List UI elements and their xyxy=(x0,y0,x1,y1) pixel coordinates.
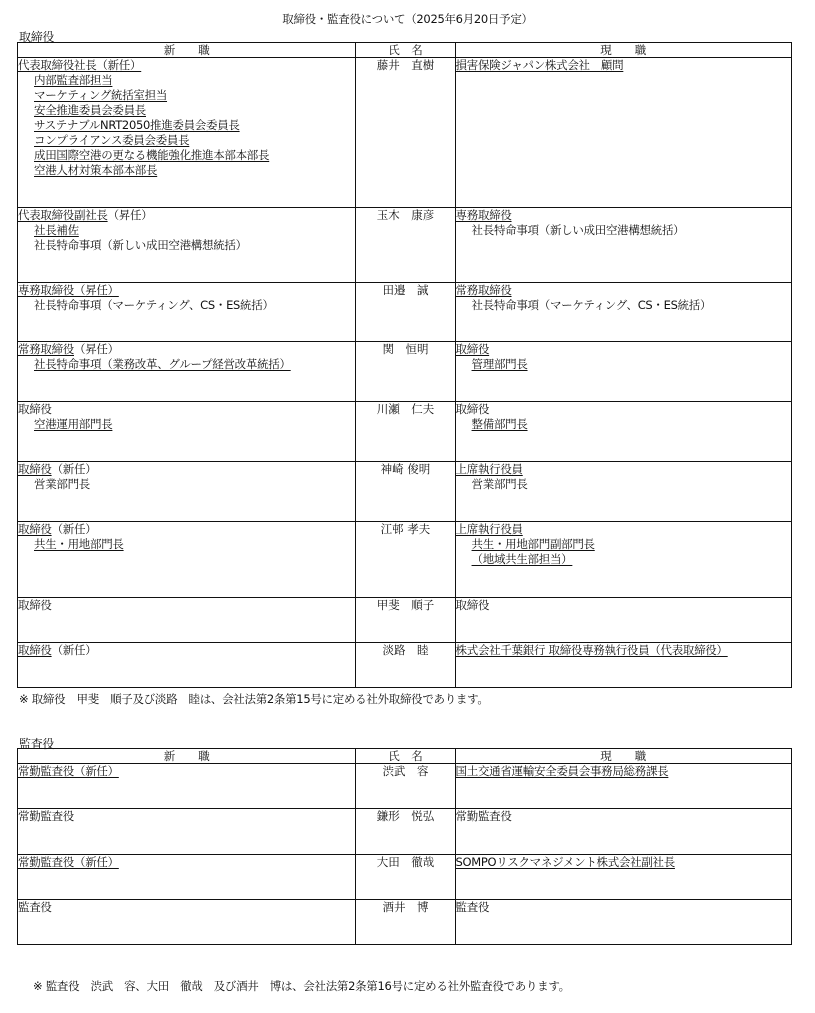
duty-text: 営業部門長 xyxy=(472,477,528,491)
duty-text: 整備部門長 xyxy=(472,417,528,431)
position-duty: 社長特命事項（マーケティング、CS・ES統括） xyxy=(456,298,791,313)
table-row: 常勤監査役（新任）大田 徹哉SOMPOリスクマネジメント株式会社副社長 xyxy=(18,855,792,900)
position-status: （昇任） xyxy=(74,283,119,297)
duty-text: 空港運用部門長 xyxy=(34,417,112,431)
position-status: （新任） xyxy=(96,58,141,72)
person-name: 淡路 睦 xyxy=(356,643,455,688)
position-title: 国土交通省運輸安全委員会事務局総務課長 xyxy=(456,764,791,779)
table-row: 取締役空港運用部門長川瀬 仁夫取締役整備部門長 xyxy=(18,402,792,462)
directors-header-row: 新 職 氏 名 現 職 xyxy=(18,43,792,58)
position-main: 上席執行役員 xyxy=(456,462,523,476)
position-duty: 社長特命事項（マーケティング、CS・ES統括） xyxy=(18,298,355,313)
position-duty: サステナブルNRT2050推進委員会委員長 xyxy=(18,118,355,133)
document-title: 取締役・監査役について（2025年6月20日予定） xyxy=(0,11,815,27)
position-duty: 社長特命事項（新しい成田空港構想統括） xyxy=(456,223,791,238)
table-row: 監査役酒井 博監査役 xyxy=(18,900,792,945)
duty-text: 安全推進委員会委員長 xyxy=(34,103,146,117)
current-cell: 常務取締役社長特命事項（マーケティング、CS・ES統括） xyxy=(455,283,791,342)
table-row: 取締役（新任）共生・用地部門長江邨 孝夫上席執行役員共生・用地部門副部門長（地域… xyxy=(18,522,792,598)
position-duty: 空港運用部門長 xyxy=(18,417,355,432)
duty-text: 共生・用地部門副部門長 xyxy=(472,537,595,551)
new-cell: 専務取締役（昇任）社長特命事項（マーケティング、CS・ES統括） xyxy=(18,283,356,342)
position-duty: 管理部門長 xyxy=(456,357,791,372)
position-status: （新任） xyxy=(74,855,119,869)
new-cell: 常勤監査役 xyxy=(18,809,356,855)
position-duty: 空港人材対策本部本部長 xyxy=(18,163,355,178)
header-new-position: 新 職 xyxy=(18,43,356,58)
header-new-position: 新 職 xyxy=(18,749,356,764)
duty-text: マーケティング統括室担当 xyxy=(34,88,167,102)
new-cell: 監査役 xyxy=(18,900,356,945)
duty-text: 社長特命事項（新しい成田空港構想統括） xyxy=(472,223,685,237)
position-main: 取締役 xyxy=(456,598,490,612)
position-main: 損害保険ジャパン株式会社 顧問 xyxy=(456,58,624,72)
current-cell: 損害保険ジャパン株式会社 顧問 xyxy=(455,58,791,208)
current-cell: 取締役管理部門長 xyxy=(455,342,791,402)
position-title: 監査役 xyxy=(456,900,791,915)
new-cell: 常務取締役（昇任）社長特命事項（業務改革、グループ経営改革統括） xyxy=(18,342,356,402)
position-title: 常勤監査役 xyxy=(18,809,355,824)
duty-text: コンプライアンス委員会委員長 xyxy=(34,133,189,147)
position-duty: 営業部門長 xyxy=(456,477,791,492)
position-duty: 共生・用地部門副部門長 xyxy=(456,537,791,552)
header-current-position: 現 職 xyxy=(455,749,791,764)
new-cell: 取締役 xyxy=(18,598,356,643)
position-title: 専務取締役（昇任） xyxy=(18,283,355,298)
position-main: 取締役 xyxy=(18,522,52,536)
position-duty: 内部監査部担当 xyxy=(18,73,355,88)
auditors-note: ※ 監査役 渋武 容、大田 徹哉 及び酒井 博は、会社法第2条第16号に定める社… xyxy=(33,978,570,994)
person-name: 大田 徹哉 xyxy=(356,855,455,900)
position-main: 代表取締役社長 xyxy=(18,58,96,72)
position-title: 上席執行役員 xyxy=(456,522,791,537)
position-title: 常勤監査役 xyxy=(456,809,791,824)
position-status: （新任） xyxy=(74,764,119,778)
position-duty: 営業部門長 xyxy=(18,477,355,492)
person-name: 渋武 容 xyxy=(356,764,455,809)
position-title: 専務取締役 xyxy=(456,208,791,223)
current-cell: 上席執行役員共生・用地部門副部門長（地域共生部担当） xyxy=(455,522,791,598)
position-duty: 成田国際空港の更なる機能強化推進本部本部長 xyxy=(18,148,355,163)
current-cell: 上席執行役員営業部門長 xyxy=(455,462,791,522)
position-title: 常務取締役（昇任） xyxy=(18,342,355,357)
current-cell: SOMPOリスクマネジメント株式会社副社長 xyxy=(455,855,791,900)
position-main: 監査役 xyxy=(18,900,52,914)
person-name: 玉木 康彦 xyxy=(356,208,455,283)
current-cell: 株式会社千葉銀行 取締役専務執行役員（代表取締役） xyxy=(455,643,791,688)
position-duty: 整備部門長 xyxy=(456,417,791,432)
new-cell: 取締役（新任）営業部門長 xyxy=(18,462,356,522)
position-status: （新任） xyxy=(52,643,97,657)
duty-text: 社長特命事項（マーケティング、CS・ES統括） xyxy=(472,298,712,312)
header-current-position: 現 職 xyxy=(455,43,791,58)
table-row: 専務取締役（昇任）社長特命事項（マーケティング、CS・ES統括）田邉 誠常務取締… xyxy=(18,283,792,342)
position-title: 代表取締役社長（新任） xyxy=(18,58,355,73)
duty-text: （地域共生部担当） xyxy=(472,552,573,566)
current-cell: 監査役 xyxy=(455,900,791,945)
position-main: 常勤監査役 xyxy=(18,764,74,778)
position-title: 取締役（新任） xyxy=(18,522,355,537)
position-title: 常勤監査役（新任） xyxy=(18,764,355,779)
table-row: 常務取締役（昇任）社長特命事項（業務改革、グループ経営改革統括）関 恒明取締役管… xyxy=(18,342,792,402)
table-row: 取締役甲斐 順子取締役 xyxy=(18,598,792,643)
position-main: 専務取締役 xyxy=(456,208,512,222)
person-name: 江邨 孝夫 xyxy=(356,522,455,598)
position-title: 取締役 xyxy=(18,402,355,417)
position-title: 取締役 xyxy=(456,342,791,357)
position-main: 常務取締役 xyxy=(456,283,512,297)
person-name: 川瀬 仁夫 xyxy=(356,402,455,462)
current-cell: 専務取締役社長特命事項（新しい成田空港構想統括） xyxy=(455,208,791,283)
position-title: 取締役（新任） xyxy=(18,462,355,477)
position-title: 取締役 xyxy=(18,598,355,613)
duty-text: 社長特命事項（マーケティング、CS・ES統括） xyxy=(34,298,274,312)
position-duty: コンプライアンス委員会委員長 xyxy=(18,133,355,148)
new-cell: 代表取締役社長（新任）内部監査部担当マーケティング統括室担当安全推進委員会委員長… xyxy=(18,58,356,208)
directors-body: 代表取締役社長（新任）内部監査部担当マーケティング統括室担当安全推進委員会委員長… xyxy=(18,58,792,688)
auditors-body: 常勤監査役（新任）渋武 容国土交通省運輸安全委員会事務局総務課長常勤監査役鎌形 … xyxy=(18,764,792,945)
new-cell: 常勤監査役（新任） xyxy=(18,764,356,809)
position-duty: 共生・用地部門長 xyxy=(18,537,355,552)
position-main: 常務取締役 xyxy=(18,342,74,356)
duty-text: 共生・用地部門長 xyxy=(34,537,124,551)
position-title: 常勤監査役（新任） xyxy=(18,855,355,870)
position-duty: 社長補佐 xyxy=(18,223,355,238)
position-title: 損害保険ジャパン株式会社 顧問 xyxy=(456,58,791,73)
table-row: 常勤監査役鎌形 悦弘常勤監査役 xyxy=(18,809,792,855)
position-status: （昇任） xyxy=(108,208,153,222)
position-main: 国土交通省運輸安全委員会事務局総務課長 xyxy=(456,764,669,778)
position-main: 株式会社千葉銀行 取締役専務執行役員（代表取締役） xyxy=(456,643,728,657)
position-main: 上席執行役員 xyxy=(456,522,523,536)
table-row: 常勤監査役（新任）渋武 容国土交通省運輸安全委員会事務局総務課長 xyxy=(18,764,792,809)
table-row: 代表取締役副社長（昇任）社長補佐社長特命事項（新しい成田空港構想統括）玉木 康彦… xyxy=(18,208,792,283)
position-main: 取締役 xyxy=(18,462,52,476)
position-main: 常勤監査役 xyxy=(456,809,512,823)
position-main: 常勤監査役 xyxy=(18,855,74,869)
current-cell: 常勤監査役 xyxy=(455,809,791,855)
person-name: 藤井 直樹 xyxy=(356,58,455,208)
new-cell: 取締役空港運用部門長 xyxy=(18,402,356,462)
new-cell: 常勤監査役（新任） xyxy=(18,855,356,900)
table-row: 取締役（新任）営業部門長神崎 俊明上席執行役員営業部門長 xyxy=(18,462,792,522)
position-main: 取締役 xyxy=(456,342,490,356)
position-duty: マーケティング統括室担当 xyxy=(18,88,355,103)
position-main: 監査役 xyxy=(456,900,490,914)
current-cell: 国土交通省運輸安全委員会事務局総務課長 xyxy=(455,764,791,809)
duty-text: 社長特命事項（新しい成田空港構想統括） xyxy=(34,238,247,252)
position-main: 取締役 xyxy=(18,643,52,657)
position-duty: 社長特命事項（業務改革、グループ経営改革統括） xyxy=(18,357,355,372)
duty-text: 社長特命事項（業務改革、グループ経営改革統括） xyxy=(34,357,291,371)
duty-text: サステナブルNRT2050推進委員会委員長 xyxy=(34,118,240,132)
current-cell: 取締役整備部門長 xyxy=(455,402,791,462)
position-title: 監査役 xyxy=(18,900,355,915)
person-name: 甲斐 順子 xyxy=(356,598,455,643)
duty-text: 成田国際空港の更なる機能強化推進本部本部長 xyxy=(34,148,269,162)
position-main: 代表取締役副社長 xyxy=(18,208,108,222)
position-main: 専務取締役 xyxy=(18,283,74,297)
directors-note: ※ 取締役 甲斐 順子及び淡路 睦は、会社法第2条第15号に定める社外取締役であ… xyxy=(19,691,489,707)
position-duty: 安全推進委員会委員長 xyxy=(18,103,355,118)
position-main: 取締役 xyxy=(18,598,52,612)
position-main: 常勤監査役 xyxy=(18,809,74,823)
person-name: 田邉 誠 xyxy=(356,283,455,342)
auditors-header-row: 新 職 氏 名 現 職 xyxy=(18,749,792,764)
duty-text: 管理部門長 xyxy=(472,357,528,371)
position-status: （昇任） xyxy=(74,342,119,356)
position-status: （新任） xyxy=(52,522,97,536)
directors-table: 新 職 氏 名 現 職 代表取締役社長（新任）内部監査部担当マーケティング統括室… xyxy=(17,42,792,688)
table-row: 代表取締役社長（新任）内部監査部担当マーケティング統括室担当安全推進委員会委員長… xyxy=(18,58,792,208)
position-title: SOMPOリスクマネジメント株式会社副社長 xyxy=(456,855,791,870)
position-title: 取締役（新任） xyxy=(18,643,355,658)
duty-text: 内部監査部担当 xyxy=(34,73,112,87)
position-title: 取締役 xyxy=(456,402,791,417)
person-name: 神崎 俊明 xyxy=(356,462,455,522)
new-cell: 取締役（新任） xyxy=(18,643,356,688)
position-status: （新任） xyxy=(52,462,97,476)
new-cell: 取締役（新任）共生・用地部門長 xyxy=(18,522,356,598)
position-title: 常務取締役 xyxy=(456,283,791,298)
position-title: 取締役 xyxy=(456,598,791,613)
person-name: 鎌形 悦弘 xyxy=(356,809,455,855)
position-main: 取締役 xyxy=(18,402,52,416)
current-cell: 取締役 xyxy=(455,598,791,643)
new-cell: 代表取締役副社長（昇任）社長補佐社長特命事項（新しい成田空港構想統括） xyxy=(18,208,356,283)
table-row: 取締役（新任）淡路 睦株式会社千葉銀行 取締役専務執行役員（代表取締役） xyxy=(18,643,792,688)
duty-text: 社長補佐 xyxy=(34,223,79,237)
position-main: SOMPOリスクマネジメント株式会社副社長 xyxy=(456,855,675,869)
position-duty: 社長特命事項（新しい成田空港構想統括） xyxy=(18,238,355,253)
position-title: 代表取締役副社長（昇任） xyxy=(18,208,355,223)
person-name: 酒井 博 xyxy=(356,900,455,945)
header-name: 氏 名 xyxy=(356,43,455,58)
duty-text: 営業部門長 xyxy=(34,477,90,491)
position-main: 取締役 xyxy=(456,402,490,416)
duty-text: 空港人材対策本部本部長 xyxy=(34,163,157,177)
position-duty: （地域共生部担当） xyxy=(456,552,791,567)
position-title: 上席執行役員 xyxy=(456,462,791,477)
header-name: 氏 名 xyxy=(356,749,455,764)
position-title: 株式会社千葉銀行 取締役専務執行役員（代表取締役） xyxy=(456,643,791,658)
auditors-table: 新 職 氏 名 現 職 常勤監査役（新任）渋武 容国土交通省運輸安全委員会事務局… xyxy=(17,748,792,945)
person-name: 関 恒明 xyxy=(356,342,455,402)
